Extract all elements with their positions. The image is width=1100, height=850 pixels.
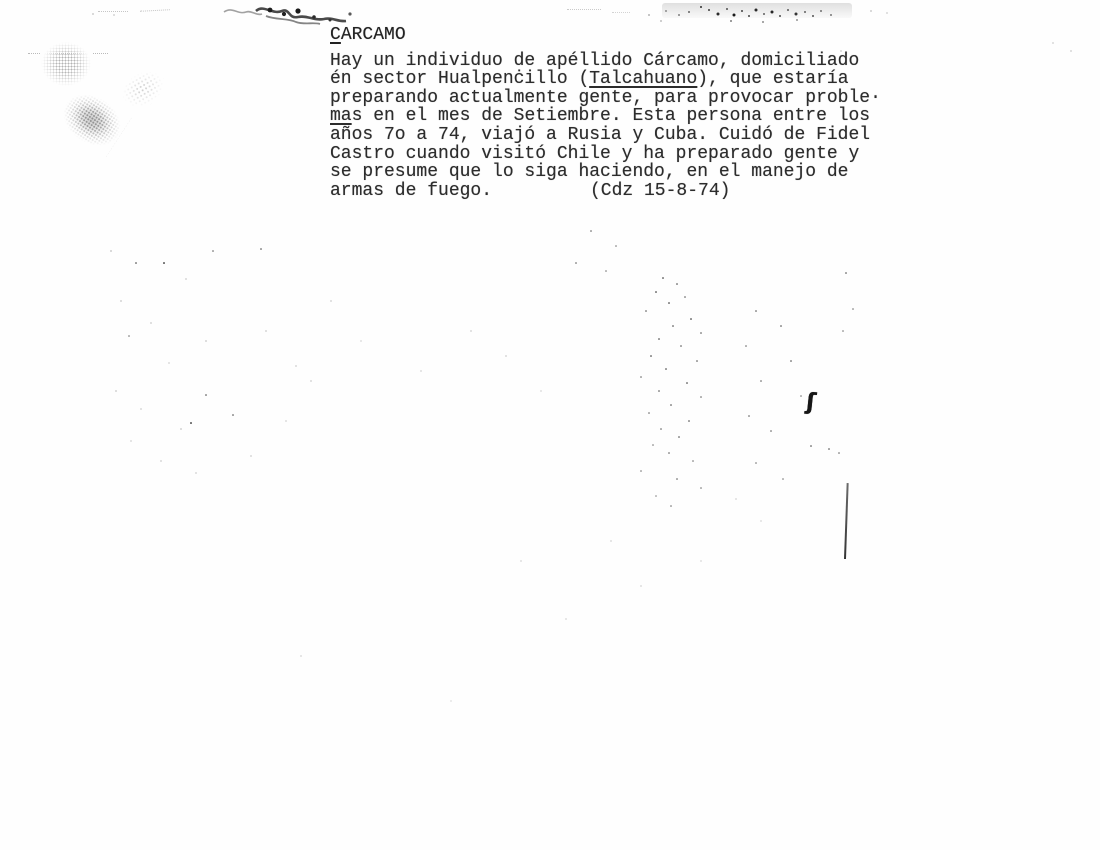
smudge-blob <box>40 41 92 87</box>
faint-dash-mark <box>612 12 630 13</box>
scanned-page: ʃ CARCAMO Hay un individuo de apéllido C… <box>0 0 1100 850</box>
dirt-band-specks <box>700 6 702 8</box>
paragraph-line-1: Hay un individuo de apéllido Cárcamo, do… <box>330 52 890 71</box>
paragraph-line-4: mas en el mes de Setiembre. Esta persona… <box>330 107 890 126</box>
pencil-mark <box>140 9 170 17</box>
pencil-mark <box>98 11 128 12</box>
source-reference: (Cdz 15-8-74) <box>590 182 730 201</box>
line2-pre: én sector Hualpenċillo ( <box>330 69 589 89</box>
title-underlined-letter: C <box>330 25 341 45</box>
line2-post: ), que estaría <box>697 69 848 89</box>
paragraph-line-8: armas de fuego.(Cdz 15-8-74) <box>330 182 890 201</box>
typewritten-text-block: CARCAMO Hay un individuo de apéllido Cár… <box>330 26 890 200</box>
title-rest: ARCAMO <box>341 25 406 45</box>
dirt-band <box>662 3 852 18</box>
paragraph-line-7: se presume que lo siga haciendo, en el m… <box>330 163 890 182</box>
paragraph-line-2: én sector Hualpenċillo (Talcahuano), que… <box>330 70 890 89</box>
line8-left: armas de fuego. <box>330 181 492 201</box>
ink-squiggle-mark: ʃ <box>804 389 831 421</box>
paragraph-line-5: años 7o a 74, viajó a Rusia y Cuba. Cuid… <box>330 126 890 145</box>
smudge-trail <box>115 63 172 115</box>
paragraph-line-3: preparando actualmente gente, para provo… <box>330 89 890 108</box>
faint-dash-mark <box>567 9 601 10</box>
vertical-scratch-line <box>844 483 848 559</box>
document-title: CARCAMO <box>330 26 890 45</box>
paragraph-line-6: Castro cuando visitó Chile y ha preparad… <box>330 145 890 164</box>
underlined-word-talcahuano: Talcahuano <box>589 69 697 89</box>
scan-speckles <box>0 0 2 2</box>
underlined-syllable-ma: ma <box>330 106 352 126</box>
line4-rest: s en el mes de Setiembre. Esta persona e… <box>352 106 870 126</box>
